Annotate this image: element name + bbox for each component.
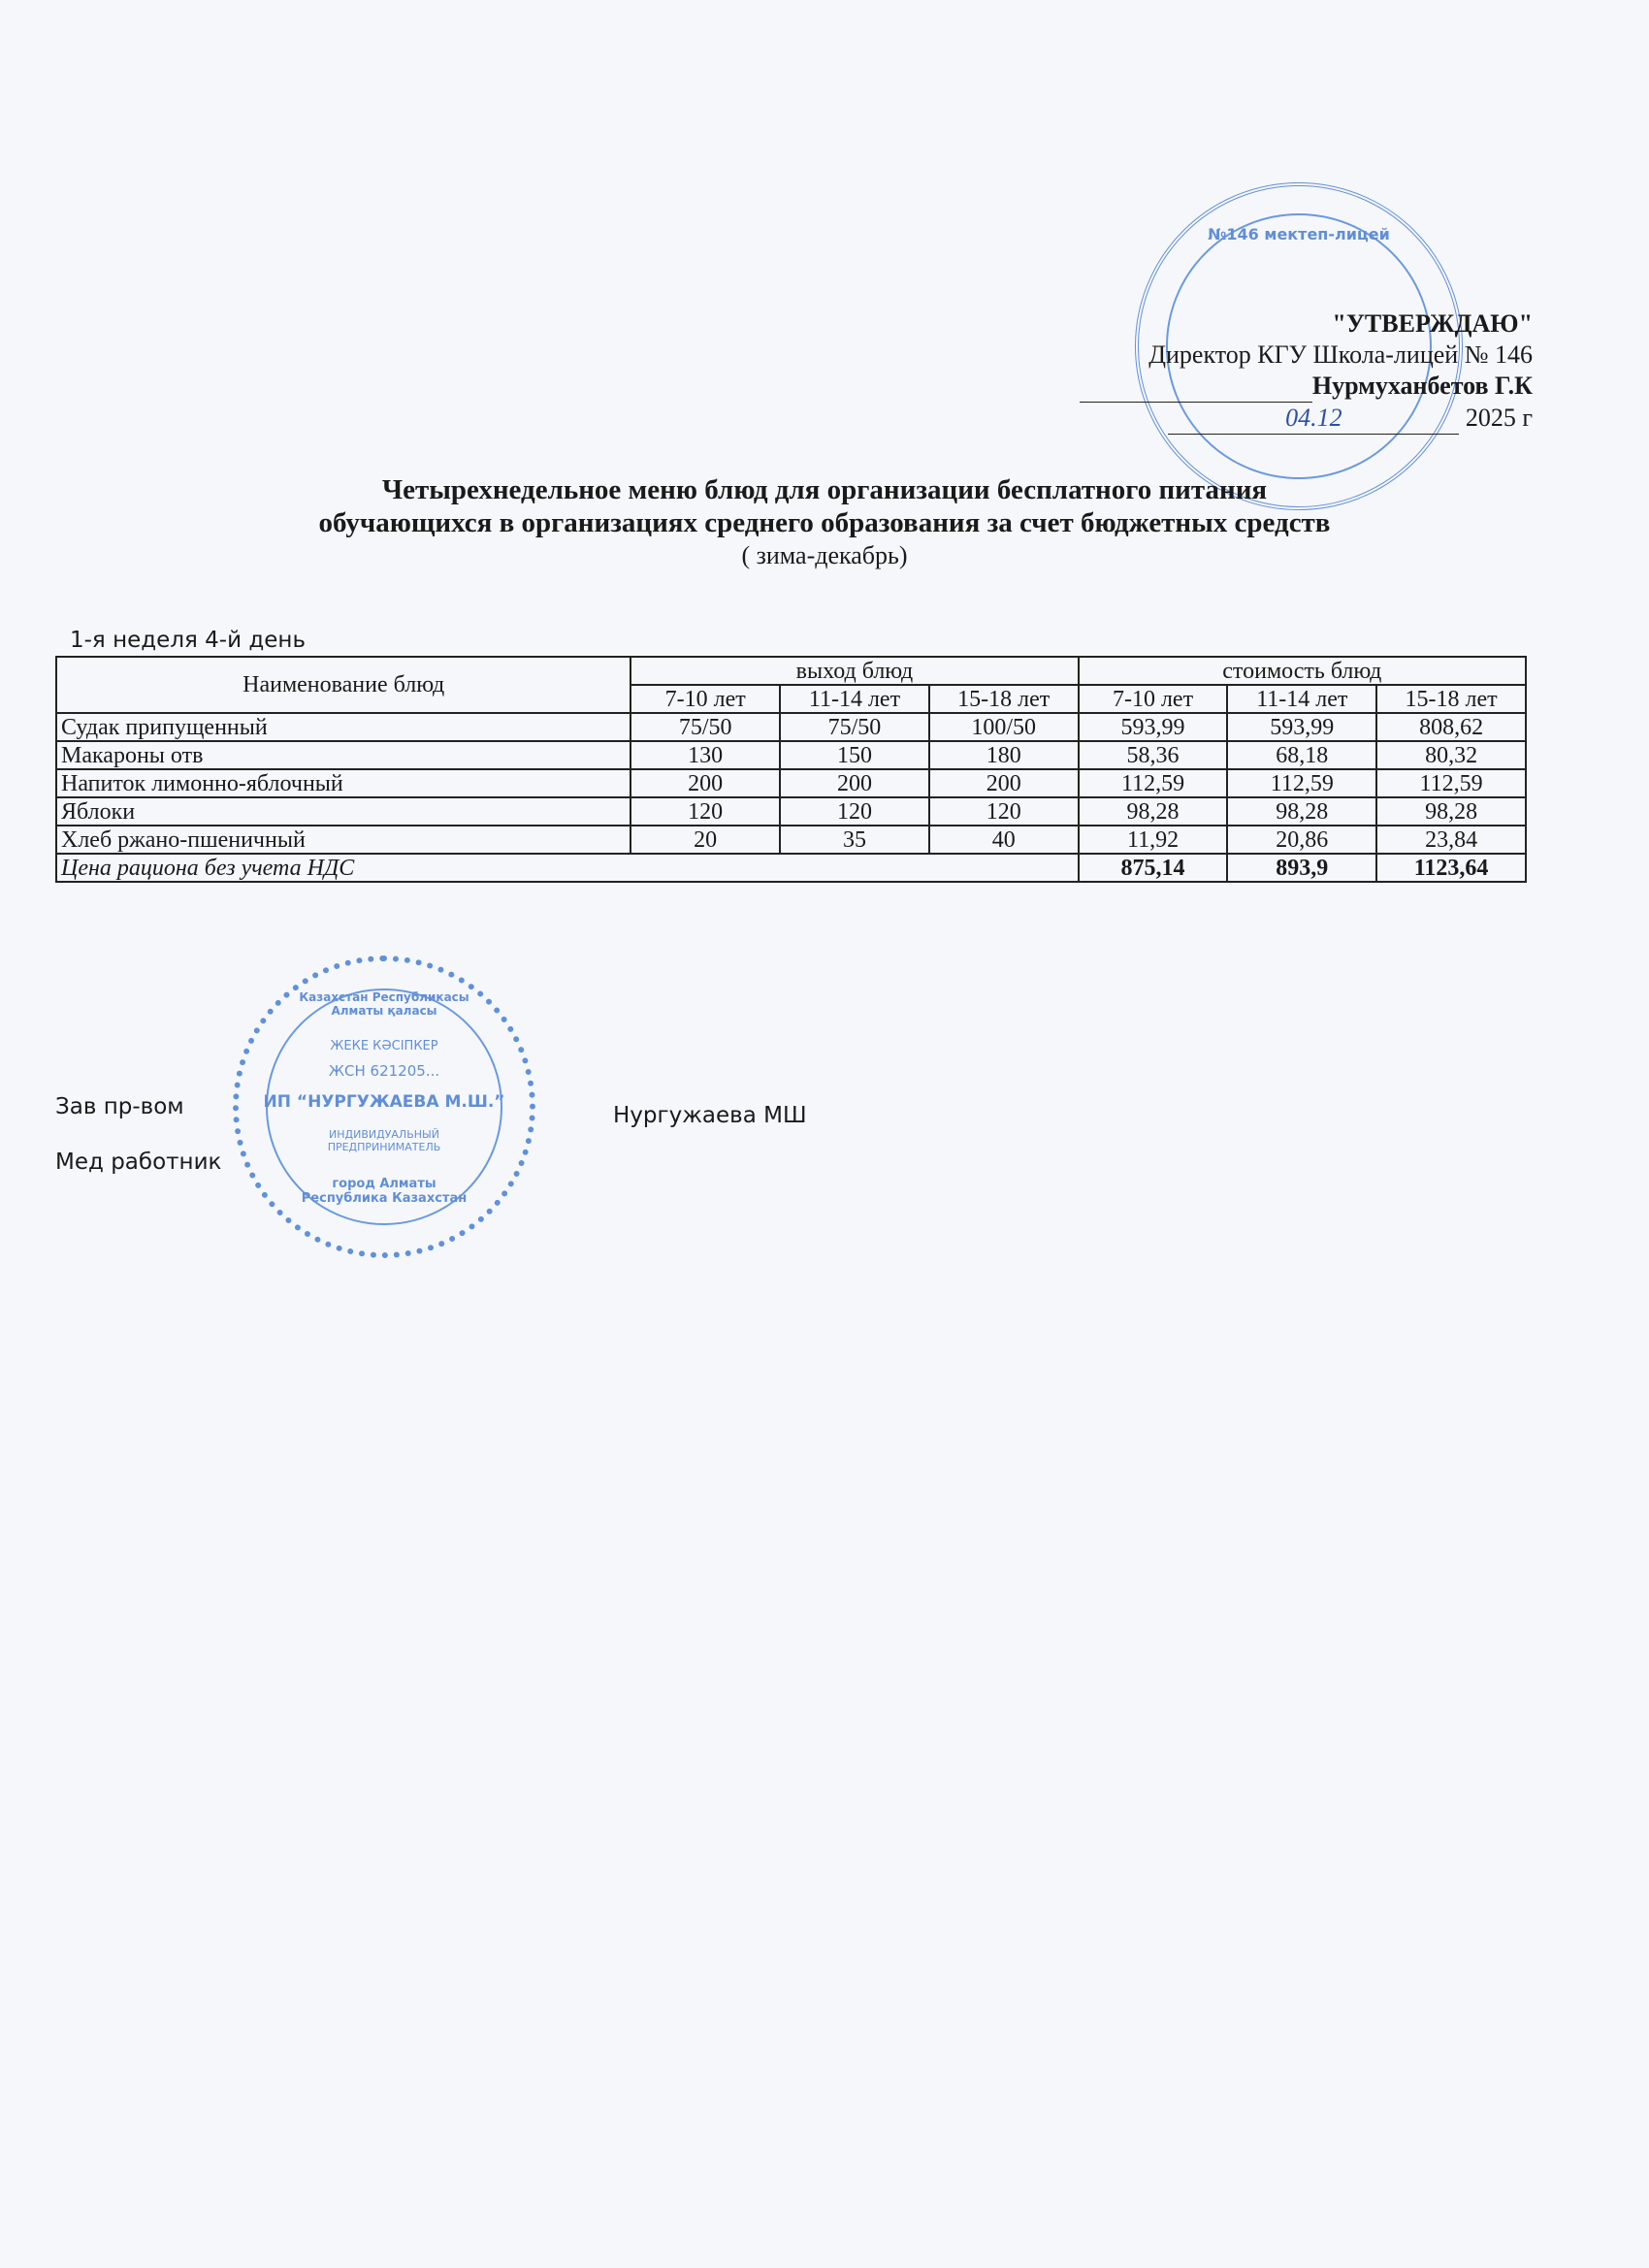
- header-cost: стоимость блюд: [1079, 657, 1526, 685]
- header-age: 11-14 лет: [1227, 685, 1376, 713]
- dish-cost: 20,86: [1227, 826, 1376, 854]
- dish-yield: 200: [630, 769, 780, 797]
- dish-cost: 112,59: [1227, 769, 1376, 797]
- total-cost: 893,9: [1227, 854, 1376, 882]
- dish-cost: 58,36: [1079, 741, 1228, 769]
- header-age: 15-18 лет: [929, 685, 1079, 713]
- table-row: Макароны отв13015018058,3668,1880,32: [56, 741, 1526, 769]
- production-head-name: Нургужаева МШ: [613, 1103, 807, 1128]
- dish-yield: 120: [780, 797, 929, 826]
- ip-stamp-bottom: город Алматы Республика Казахстан: [239, 1177, 530, 1206]
- approval-name: Нурмуханбетов Г.К: [1312, 372, 1533, 400]
- total-label: Цена рациона без учета НДС: [56, 854, 1079, 882]
- dish-cost: 593,99: [1227, 713, 1376, 741]
- school-stamp-text: №146 мектеп-лицей: [1139, 225, 1459, 243]
- dish-name: Макароны отв: [56, 741, 630, 769]
- dish-cost: 98,28: [1376, 797, 1526, 826]
- dish-yield: 180: [929, 741, 1079, 769]
- ip-stamp-inner-bottom: ИНДИВИДУАЛЬНЫЙ ПРЕДПРИНИМАТЕЛЬ: [239, 1128, 530, 1153]
- dish-yield: 75/50: [630, 713, 780, 741]
- dish-yield: 20: [630, 826, 780, 854]
- header-age: 11-14 лет: [780, 685, 929, 713]
- approval-block: "УТВЕРЖДАЮ" Директор КГУ Школа-лицей № 1…: [1080, 308, 1533, 435]
- title-line-3: ( зима-декабрь): [0, 539, 1649, 572]
- ip-stamp-top: Казахстан Республикасы Алматы қаласы: [239, 990, 530, 1018]
- dish-yield: 35: [780, 826, 929, 854]
- ip-stamp-inner-top: ЖЕКЕ КӘСІПКЕР: [239, 1039, 530, 1053]
- approval-heading: "УТВЕРЖДАЮ": [1080, 308, 1533, 340]
- ip-stamp: Казахстан Республикасы Алматы қаласы ЖЕК…: [233, 956, 535, 1258]
- dish-cost: 11,92: [1079, 826, 1228, 854]
- menu-table: Наименование блюд выход блюд стоимость б…: [55, 656, 1527, 883]
- production-head-label: Зав пр-вом: [55, 1094, 184, 1119]
- table-row: Напиток лимонно-яблочный200200200112,591…: [56, 769, 1526, 797]
- week-day-label: 1-я неделя 4-й день: [70, 628, 306, 653]
- dish-cost: 98,28: [1079, 797, 1228, 826]
- title-line-1: Четырехнедельное меню блюд для организац…: [0, 473, 1649, 506]
- dish-cost: 80,32: [1376, 741, 1526, 769]
- dish-cost: 593,99: [1079, 713, 1228, 741]
- dish-cost: 112,59: [1376, 769, 1526, 797]
- approval-year: 2025 г: [1466, 404, 1533, 432]
- dish-yield: 130: [630, 741, 780, 769]
- dish-cost: 112,59: [1079, 769, 1228, 797]
- title-line-2: обучающихся в организациях среднего обра…: [0, 506, 1649, 539]
- ip-stamp-iin: ЖСН 621205...: [239, 1062, 530, 1080]
- table-row: Яблоки12012012098,2898,2898,28: [56, 797, 1526, 826]
- header-age: 7-10 лет: [1079, 685, 1228, 713]
- dish-yield: 150: [780, 741, 929, 769]
- dish-name: Хлеб ржано-пшеничный: [56, 826, 630, 854]
- dish-name: Напиток лимонно-яблочный: [56, 769, 630, 797]
- total-cost: 1123,64: [1376, 854, 1526, 882]
- header-dish-name: Наименование блюд: [56, 657, 630, 713]
- dish-yield: 200: [780, 769, 929, 797]
- dish-yield: 120: [630, 797, 780, 826]
- dish-name: Судак припущенный: [56, 713, 630, 741]
- header-yield: выход блюд: [630, 657, 1078, 685]
- dish-yield: 100/50: [929, 713, 1079, 741]
- dish-cost: 68,18: [1227, 741, 1376, 769]
- dish-yield: 120: [929, 797, 1079, 826]
- dish-cost: 23,84: [1376, 826, 1526, 854]
- dish-yield: 40: [929, 826, 1079, 854]
- total-row: Цена рациона без учета НДС 875,14 893,9 …: [56, 854, 1526, 882]
- header-age: 15-18 лет: [1376, 685, 1526, 713]
- header-age: 7-10 лет: [630, 685, 780, 713]
- approval-position: Директор КГУ Школа-лицей № 146: [1080, 340, 1533, 371]
- total-cost: 875,14: [1079, 854, 1228, 882]
- approval-date: 04.12: [1168, 403, 1459, 435]
- dish-cost: 98,28: [1227, 797, 1376, 826]
- dish-yield: 200: [929, 769, 1079, 797]
- document-title: Четырехнедельное меню блюд для организац…: [0, 473, 1649, 572]
- medic-label: Мед работник: [55, 1150, 221, 1175]
- dish-name: Яблоки: [56, 797, 630, 826]
- dish-yield: 75/50: [780, 713, 929, 741]
- dish-cost: 808,62: [1376, 713, 1526, 741]
- ip-stamp-center: ИП “НУРГУЖАЕВА М.Ш.”: [239, 1092, 530, 1112]
- table-row: Судак припущенный75/5075/50100/50593,995…: [56, 713, 1526, 741]
- table-row: Хлеб ржано-пшеничный20354011,9220,8623,8…: [56, 826, 1526, 854]
